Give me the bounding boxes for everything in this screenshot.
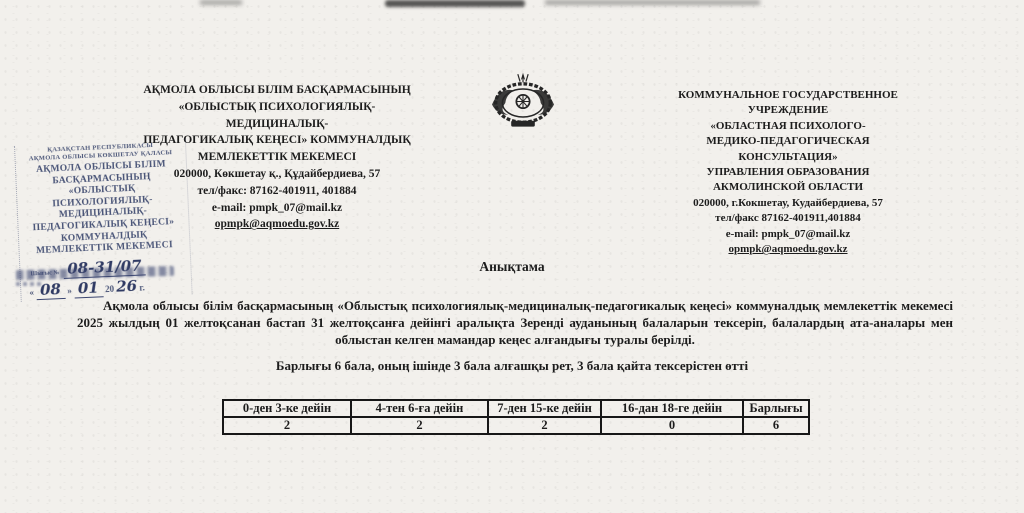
org-phone: тел/факс 87162-401911,401884: [638, 211, 938, 226]
stamp-smudge: [16, 282, 42, 286]
org-line: МЕДИКО-ПЕДАГОГИЧЕСКАЯ: [638, 134, 938, 149]
stamp-date-century: 20: [105, 284, 114, 294]
org-line: КОНСУЛЬТАЦИЯ»: [638, 150, 938, 165]
table-value-cell: 6: [743, 417, 809, 434]
table-header-cell: Барлығы: [743, 400, 809, 417]
org-email: e-mail: pmpk_07@mail.kz: [638, 227, 938, 242]
org-line: КОММУНАЛЬНОЕ ГОСУДАРСТВЕННОЕ УЧРЕЖДЕНИЕ: [638, 88, 938, 119]
stamp-date-suffix: г.: [139, 282, 145, 292]
table-value-cell: 2: [351, 417, 488, 434]
org-line: АҚМОЛА ОБЛЫСЫ БІЛІМ БАСҚАРМАСЫНЫҢ: [118, 82, 436, 99]
scan-smudge: [545, 0, 760, 5]
age-distribution-table: 0-ден 3-ке дейін 4-тен 6-ға дейін 7-ден …: [222, 399, 810, 435]
table-value-cell: 0: [601, 417, 743, 434]
org-line: «ОБЛАСТНАЯ ПСИХОЛОГО-: [638, 119, 938, 134]
table-header-cell: 4-тен 6-ға дейін: [351, 400, 488, 417]
org-line: МЕДИЦИНАЛЫҚ-: [118, 116, 436, 133]
scan-smudge: [200, 0, 242, 5]
org-line: УПРАВЛЕНИЯ ОБРАЗОВАНИЯ: [638, 165, 938, 180]
org-line: «ОБЛЫСТЫҚ ПСИХОЛОГИЯЛЫҚ-: [118, 99, 436, 116]
table-value-cell: 2: [488, 417, 601, 434]
table-header-row: 0-ден 3-ке дейін 4-тен 6-ға дейін 7-ден …: [223, 400, 809, 417]
quote-open: «: [29, 287, 34, 297]
org-address: 020000, г.Кокшетау, Кудайбердиева, 57: [638, 196, 938, 211]
table-value-cell: 2: [223, 417, 351, 434]
kazakhstan-emblem-icon: [486, 72, 560, 134]
table-header-cell: 16-дан 18-ге дейін: [601, 400, 743, 417]
org-email-secondary: opmpk@aqmoedu.gov.kz: [638, 242, 938, 257]
table-header-cell: 7-ден 15-ке дейін: [488, 400, 601, 417]
stamp-date-month: 01: [73, 278, 103, 298]
org-block-russian: КОММУНАЛЬНОЕ ГОСУДАРСТВЕННОЕ УЧРЕЖДЕНИЕ …: [638, 88, 938, 257]
quote-close: »: [67, 285, 72, 295]
org-line: АКМОЛИНСКОЙ ОБЛАСТИ: [638, 180, 938, 195]
document-title: Анықтама: [0, 259, 1024, 275]
scan-smudge: [385, 0, 525, 7]
body-paragraph: Ақмола облысы білім басқармасының «Облыс…: [77, 297, 953, 349]
coat-of-arms-emblem: [486, 72, 560, 134]
table-value-row: 2 2 2 0 6: [223, 417, 809, 434]
stamp-date-year: 26: [116, 277, 138, 296]
table-header-cell: 0-ден 3-ке дейін: [223, 400, 351, 417]
summary-line: Барлығы 6 бала, оның ішінде 3 бала алғаш…: [0, 358, 1024, 374]
